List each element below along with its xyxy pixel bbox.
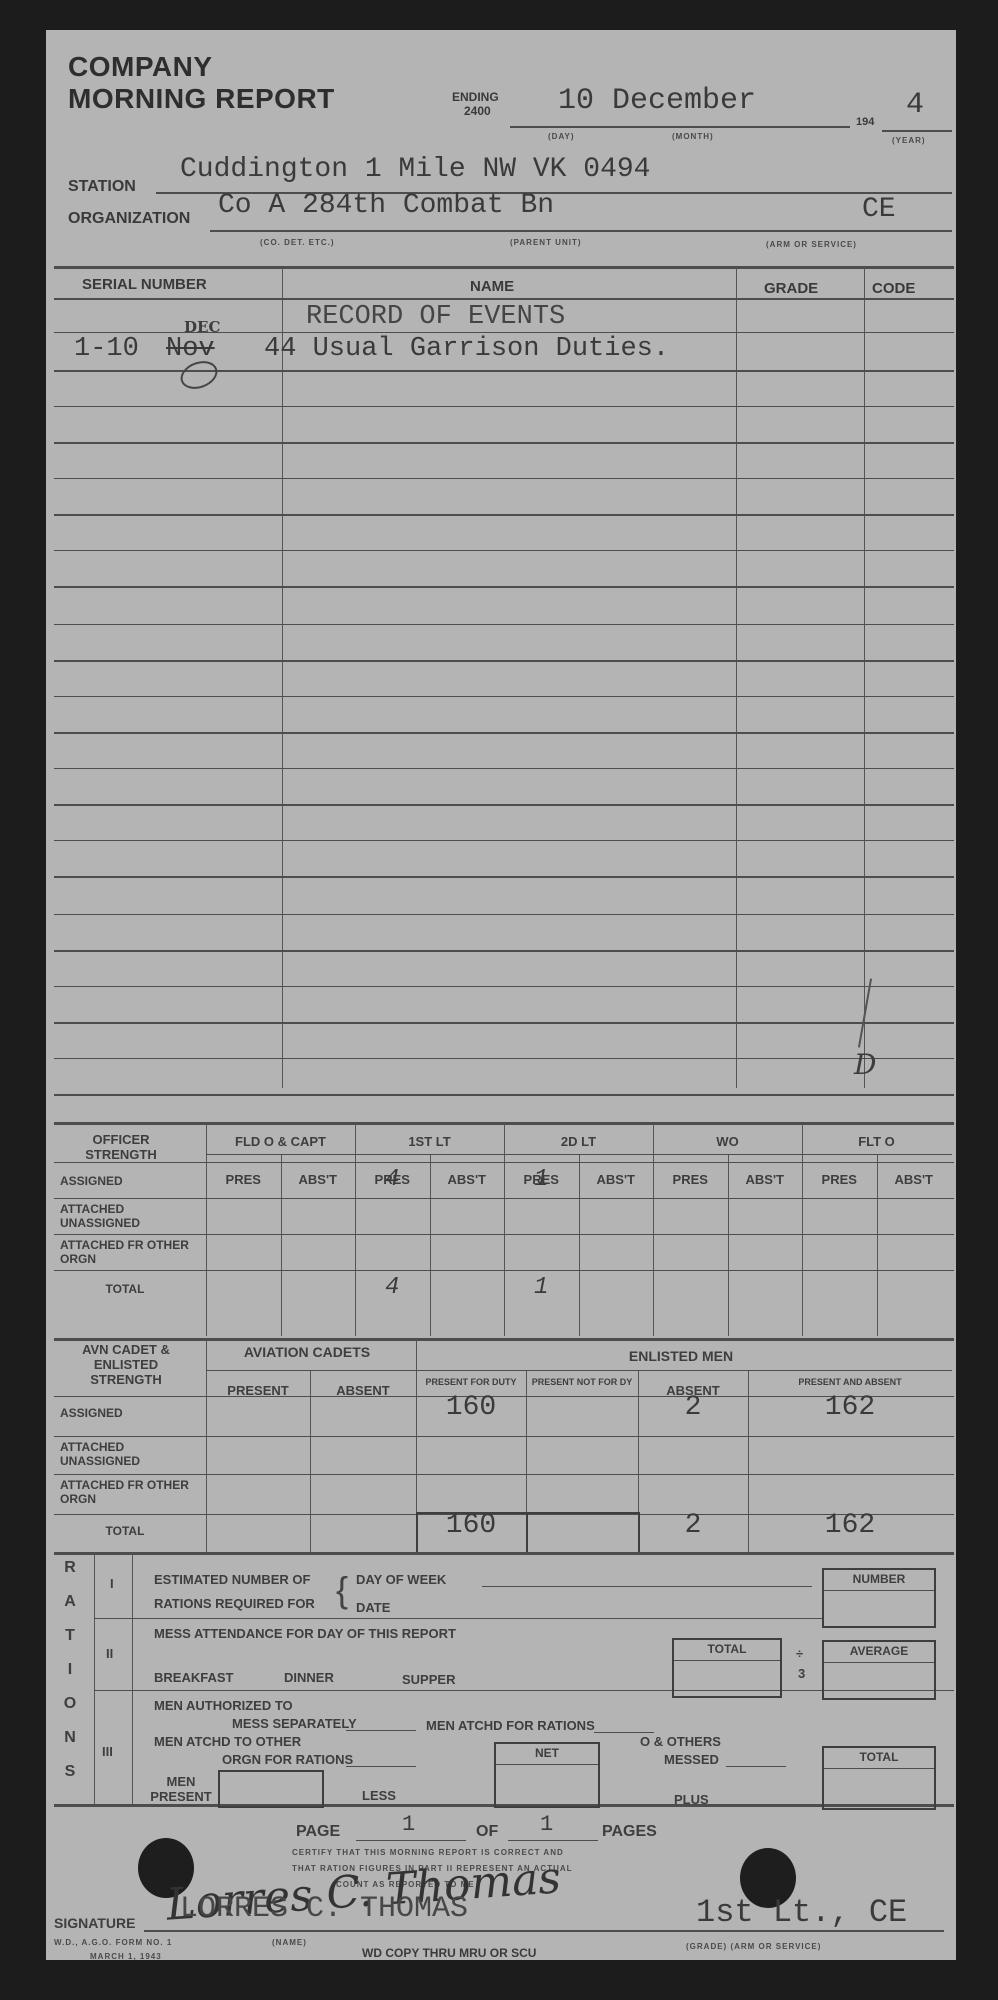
officer-group-divider: [653, 1124, 654, 1336]
roster-rule: [54, 406, 954, 407]
enlisted-header-divider: [206, 1370, 952, 1371]
officer-group-header: 1ST LT: [355, 1134, 504, 1149]
officer-sub-divider: [430, 1154, 431, 1336]
average-box[interactable]: AVERAGE: [822, 1640, 936, 1700]
name-caption: (NAME): [272, 1938, 307, 1947]
day-of-week-line: [482, 1586, 812, 1587]
rations-side-letter: A: [60, 1594, 80, 1609]
rations-side-letter: I: [60, 1662, 80, 1677]
organization-label: ORGANIZATION: [68, 210, 190, 228]
officer-row-label: ATTACHED FR OTHER ORGN: [60, 1238, 190, 1266]
officer-row-label: ATTACHED UNASSIGNED: [60, 1202, 190, 1230]
officer-group-header: WO: [653, 1134, 802, 1149]
section-iii-numeral: III: [102, 1744, 113, 1759]
others-line1: O & OTHERS: [640, 1734, 721, 1749]
dinner-label: DINNER: [284, 1670, 334, 1685]
code-header: CODE: [872, 280, 915, 297]
entry-text: 44 Usual Garrison Duties.: [264, 334, 669, 364]
roster-rule: [54, 950, 954, 952]
arm-caption: (ARM OR SERVICE): [766, 240, 857, 249]
rations-side-divider: [94, 1554, 95, 1804]
rations-numeral-divider: [132, 1554, 133, 1804]
officer-subheader: ABS'T: [579, 1172, 654, 1187]
roster-rule: [54, 732, 954, 734]
officer-subheader: ABS'T: [281, 1172, 356, 1187]
atchd-other-line1: MEN ATCHD TO OTHER: [154, 1734, 301, 1749]
aviation-cadets-header: AVIATION CADETS: [206, 1344, 408, 1360]
enlisted-row-label: ATTACHED FR OTHER ORGN: [60, 1478, 190, 1506]
roster-rule: [54, 1058, 954, 1059]
officer-row-label: ASSIGNED: [60, 1174, 190, 1188]
roster-rule: [54, 876, 954, 878]
date-label: DATE: [356, 1600, 390, 1615]
officer-subheader: ABS'T: [877, 1172, 952, 1187]
supper-label: SUPPER: [402, 1672, 455, 1687]
arm-or-service-value: CE: [862, 194, 896, 225]
officer-header-divider: [206, 1154, 952, 1155]
form-number: W.D., A.G.O. FORM NO. 1: [54, 1938, 172, 1947]
officer-cell[interactable]: 1: [504, 1166, 579, 1193]
signature-underline: [144, 1930, 944, 1932]
name-column-divider: [736, 268, 737, 1088]
atchd-for-rations-blank: [594, 1732, 654, 1733]
net-label: NET: [496, 1746, 598, 1760]
pages-label: PAGES: [602, 1824, 657, 1839]
enlisted-men-header: ENLISTED MEN: [416, 1348, 946, 1364]
roster-rule: [54, 660, 954, 662]
roster-rule: [54, 804, 954, 806]
mess-total-box[interactable]: TOTAL: [672, 1638, 782, 1698]
enlisted-col-header: PRESENT NOT FOR DY: [526, 1376, 638, 1389]
officer-cell[interactable]: 4: [355, 1166, 430, 1193]
of-label: OF: [476, 1824, 498, 1839]
co-caption: (CO. DET. ETC.): [260, 238, 335, 247]
net-box[interactable]: NET: [494, 1742, 600, 1808]
mess-attendance-title: MESS ATTENDANCE FOR DAY OF THIS REPORT: [154, 1626, 456, 1641]
rations-side-letter: R: [60, 1560, 80, 1575]
officer-row-label: TOTAL: [60, 1282, 190, 1296]
form-title-line2: MORNING REPORT: [68, 84, 335, 114]
section-i-numeral: I: [110, 1576, 114, 1591]
roster-rule: [54, 624, 954, 625]
year-caption: (YEAR): [892, 136, 926, 145]
officer-subheader: PRES: [653, 1172, 728, 1187]
enlisted-col-divider: [206, 1340, 207, 1552]
officer-group-divider: [504, 1124, 505, 1336]
enlisted-col-divider: [310, 1370, 311, 1552]
organization-underline: [210, 230, 952, 232]
enlisted-row-label: ASSIGNED: [60, 1406, 190, 1420]
enlisted-row-label: TOTAL: [60, 1524, 190, 1538]
officer-strength-title: OFFICER STRENGTH: [66, 1132, 176, 1162]
roster-rule: [54, 550, 954, 551]
enlisted-row-rule: [54, 1474, 954, 1475]
officer-group-header: FLD O & CAPT: [206, 1134, 355, 1149]
form-date: MARCH 1, 1943: [90, 1952, 162, 1961]
men-present-line1: MEN: [167, 1774, 196, 1789]
roster-top-border: [54, 266, 954, 269]
parent-unit-caption: (PARENT UNIT): [510, 238, 582, 247]
enlisted-row-rule: [54, 1436, 954, 1437]
total-present-for-duty-box: [416, 1512, 528, 1554]
grade-column-divider: [864, 268, 865, 1088]
officer-group-header: 2D LT: [504, 1134, 653, 1149]
officer-subheader: PRES: [802, 1172, 877, 1187]
section-ii-numeral: II: [106, 1646, 113, 1661]
officer-row-rule: [54, 1270, 954, 1271]
rations-side-letter: T: [60, 1628, 80, 1643]
record-of-events-title: RECORD OF EVENTS: [306, 302, 565, 332]
roster-rule: [54, 1094, 954, 1096]
enlisted-col-header: PRESENT FOR DUTY: [416, 1376, 526, 1389]
men-present-label: MENPRESENT: [146, 1774, 216, 1804]
rations-side-letter: S: [60, 1764, 80, 1779]
entry-month-struck: Nov: [166, 334, 215, 364]
others-blank: [726, 1766, 786, 1767]
organization-value: Co A 284th Combat Bn: [218, 190, 554, 221]
copy-note: WD COPY THRU MRU OR SCU: [362, 1946, 536, 1960]
number-box-divider: [824, 1590, 934, 1591]
report-date: 10 December: [558, 84, 756, 118]
plus-label: PLUS: [674, 1792, 709, 1807]
page-total-line: [508, 1840, 598, 1841]
ending-label: ENDING: [452, 90, 499, 104]
atchd-other-blank: [346, 1766, 416, 1767]
page-number: 1: [402, 1812, 415, 1837]
total-present-not-for-duty-box: [526, 1512, 640, 1554]
rations-total-label: TOTAL: [824, 1750, 934, 1764]
enlisted-cell[interactable]: 160: [416, 1392, 526, 1423]
enlisted-strength-title: AVN CADET & ENLISTED STRENGTH: [66, 1342, 186, 1387]
entry-dates: 1-10: [74, 334, 139, 364]
officer-sub-divider: [281, 1154, 282, 1336]
month-caption: (MONTH): [672, 132, 714, 141]
section-i-line1: ESTIMATED NUMBER OF: [154, 1572, 310, 1587]
rations-side-letter: N: [60, 1730, 80, 1745]
serial-number-header: SERIAL NUMBER: [82, 276, 207, 293]
officer-row-rule: [54, 1162, 954, 1163]
enlisted-table-top-border: [54, 1338, 954, 1341]
rations-top-border: [54, 1552, 954, 1555]
margin-mark: D: [854, 1048, 876, 1081]
enlisted-row-label: ATTACHED UNASSIGNED: [60, 1440, 190, 1468]
enlisted-cell[interactable]: 2: [638, 1510, 748, 1541]
signature-label: SIGNATURE: [54, 1916, 135, 1931]
year-underline: [882, 130, 952, 132]
roster-rule: [54, 696, 954, 697]
average-label: AVERAGE: [824, 1644, 934, 1658]
signer-name: LORRES C. THOMAS: [180, 1892, 468, 1926]
atchd-for-rations-label: MEN ATCHD FOR RATIONS: [426, 1718, 595, 1733]
page-label: PAGE: [296, 1824, 340, 1839]
men-present-line2: PRESENT: [150, 1789, 211, 1804]
roster-rule: [54, 586, 954, 588]
roster-rule: [54, 442, 954, 444]
serial-column-divider: [282, 268, 283, 1088]
breakfast-label: BREAKFAST: [154, 1670, 233, 1685]
ending-time: 2400: [464, 104, 491, 118]
station-value: Cuddington 1 Mile NW VK 0494: [180, 154, 650, 185]
signer-grade: 1st Lt., CE: [696, 1894, 907, 1931]
page-number-line: [356, 1840, 466, 1841]
officer-group-divider: [206, 1124, 207, 1336]
average-divider: [824, 1662, 934, 1663]
auth-line1: MEN AUTHORIZED TO: [154, 1698, 293, 1713]
officer-row-rule: [54, 1234, 954, 1235]
atchd-other-line2: ORGN FOR RATIONS: [222, 1752, 353, 1767]
officer-group-header: FLT O: [802, 1134, 951, 1149]
roster-rule: [54, 768, 954, 769]
enlisted-cell[interactable]: 2: [638, 1392, 748, 1423]
date-underline: [510, 126, 850, 128]
station-label: STATION: [68, 178, 136, 196]
roster-rule: [54, 478, 954, 479]
roster-rule: [54, 914, 954, 915]
day-of-week-label: DAY OF WEEK: [356, 1572, 446, 1587]
enlisted-col-header: PRESENT AND ABSENT: [748, 1376, 952, 1389]
officer-subheader: PRES: [206, 1172, 281, 1187]
roster-rule: [54, 514, 954, 516]
roster-rule: [54, 1022, 954, 1024]
enlisted-cell[interactable]: 162: [748, 1392, 952, 1423]
net-divider: [496, 1764, 598, 1765]
mess-total-label: TOTAL: [674, 1642, 780, 1656]
officer-sub-divider: [579, 1154, 580, 1336]
officer-sub-divider: [728, 1154, 729, 1336]
margin-stroke: [858, 978, 872, 1047]
divisor: 3: [798, 1666, 805, 1681]
rations-total-divider: [824, 1768, 934, 1769]
year-digit: 4: [906, 88, 924, 122]
entry-month-correction: DEC: [184, 318, 220, 336]
brace-icon: {: [336, 1570, 348, 1610]
officer-group-divider: [355, 1124, 356, 1336]
officer-group-divider: [802, 1124, 803, 1336]
officer-sub-divider: [877, 1154, 878, 1336]
section-i-line2: RATIONS REQUIRED FOR: [154, 1596, 315, 1611]
less-label: LESS: [362, 1788, 396, 1803]
officer-subheader: ABS'T: [728, 1172, 803, 1187]
roster-rule: [54, 840, 954, 841]
rations-section-i-bottom: [94, 1618, 824, 1619]
name-header: NAME: [470, 278, 514, 295]
year-prefix: 194: [856, 116, 874, 128]
officer-cell[interactable]: 4: [355, 1274, 430, 1301]
roster-rule: [54, 298, 954, 300]
auth-line2: MESS SEPARATELY: [232, 1716, 357, 1731]
number-box-label: NUMBER: [824, 1572, 934, 1586]
day-caption: (DAY): [548, 132, 574, 141]
roster-rule: [54, 986, 954, 987]
morning-report-form: COMPANY MORNING REPORT ENDING 2400 10 De…: [46, 30, 956, 1960]
officer-row-rule: [54, 1198, 954, 1199]
grade-header: GRADE: [764, 280, 818, 297]
rations-total-box[interactable]: TOTAL: [822, 1746, 936, 1810]
page-total: 1: [540, 1812, 553, 1837]
rations-side-letter: O: [60, 1696, 80, 1711]
mess-total-divider: [674, 1660, 780, 1661]
enlisted-cell[interactable]: 162: [748, 1510, 952, 1541]
others-line2: MESSED: [664, 1752, 719, 1767]
officer-cell[interactable]: 1: [504, 1274, 579, 1301]
men-present-box[interactable]: [218, 1770, 324, 1808]
divide-sign: ÷: [796, 1646, 803, 1661]
officer-subheader: ABS'T: [430, 1172, 505, 1187]
grade-caption: (GRADE) (ARM OR SERVICE): [686, 1942, 821, 1951]
number-box[interactable]: NUMBER: [822, 1568, 936, 1628]
form-title-line1: COMPANY: [68, 52, 213, 82]
auth-line-blank: [346, 1730, 416, 1731]
